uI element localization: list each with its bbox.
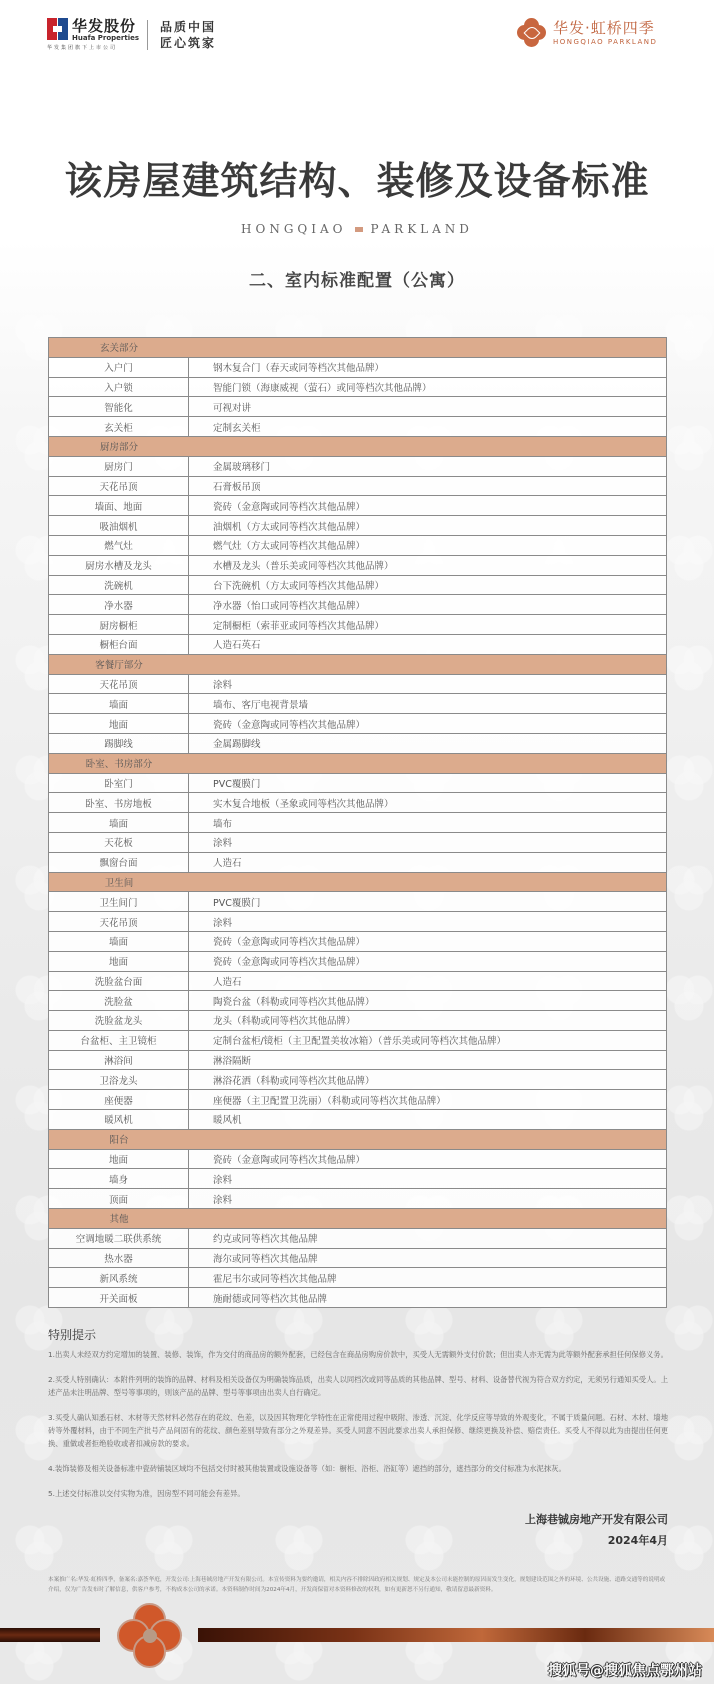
table-row: 橱柜台面人造石英石: [49, 634, 667, 654]
category-label: 卧室、书房部分: [49, 756, 189, 770]
table-row: 入户锁智能门锁（海康威视（萤石）或同等档次其他品牌）: [49, 377, 667, 397]
item-spec-cell: 人造石: [189, 971, 667, 991]
item-name-cell: 暖风机: [49, 1110, 189, 1130]
source-watermark: 搜狐号@搜狐焦点鄂州站: [548, 1660, 702, 1680]
item-name-cell: 天花吊顶: [49, 476, 189, 496]
category-cell: 其他: [49, 1209, 667, 1229]
category-cell: 卫生间: [49, 872, 667, 892]
item-name-cell: 净水器: [49, 595, 189, 615]
table-row: 洗脸盆台面人造石: [49, 971, 667, 991]
special-notes: 特别提示 1.出卖人未经双方约定增加的装置、装修、装饰，作为交付的商品房的额外配…: [48, 1326, 668, 1512]
table-row: 墙面墙布、客厅电视背景墙: [49, 694, 667, 714]
slogan: 品质中国 匠心筑家: [160, 19, 216, 51]
item-spec-cell: 水槽及龙头（普乐美或同等档次其他品牌）: [189, 555, 667, 575]
item-spec-cell: 瓷砖（金意陶或同等档次其他品牌）: [189, 1149, 667, 1169]
category-label: 厨房部分: [49, 439, 189, 453]
slogan-line-1: 品质中国: [160, 19, 216, 35]
table-row: 飘窗台面人造石: [49, 852, 667, 872]
item-name-cell: 天花吊顶: [49, 912, 189, 932]
huafa-logo-icon: [47, 18, 68, 40]
table-row: 踢脚线金属踢脚线: [49, 733, 667, 753]
disclaimer: 本案推广名:华发·虹桥四季，备案名:嘉荟华庭，开发公司:上海巷铖房地产开发有限公…: [48, 1575, 668, 1595]
item-spec-cell: 涂料: [189, 1189, 667, 1209]
item-name-cell: 墙身: [49, 1169, 189, 1189]
item-spec-cell: 涂料: [189, 832, 667, 852]
item-name-cell: 卧室、书房地板: [49, 793, 189, 813]
spec-table: 玄关部分入户门钢木复合门（春天或同等档次其他品牌）入户锁智能门锁（海康威视（萤石…: [48, 337, 667, 1308]
category-cell: 客餐厅部分: [49, 654, 667, 674]
item-spec-cell: 淋浴花洒（科勒或同等档次其他品牌）: [189, 1070, 667, 1090]
item-name-cell: 厨房门: [49, 456, 189, 476]
table-row: 暖风机暖风机: [49, 1110, 667, 1130]
table-row: 卫生间门PVC覆膜门: [49, 892, 667, 912]
note-item: 5.上述交付标准以交付实物为准，因房型不同可能会有差异。: [48, 1487, 668, 1500]
table-row: 墙面墙布: [49, 813, 667, 833]
table-row: 智能化可视对讲: [49, 397, 667, 417]
item-name-cell: 天花吊顶: [49, 674, 189, 694]
category-label: 玄关部分: [49, 340, 189, 354]
table-row: 台盆柜、主卫镜柜定制台盆柜/镜柜（主卫配置美妆冰箱）（普乐美或同等档次其他品牌）: [49, 1030, 667, 1050]
category-row: 卫生间: [49, 872, 667, 892]
item-spec-cell: 燃气灶（方太或同等档次其他品牌）: [189, 535, 667, 555]
item-name-cell: 洗脸盆台面: [49, 971, 189, 991]
header: 华发股份 Huafa Properties 华发集团旗下上市公司 品质中国 匠心…: [0, 0, 714, 70]
issue-date: 2024年4月: [608, 1532, 668, 1548]
item-spec-cell: 智能门锁（海康威视（萤石）或同等档次其他品牌）: [189, 377, 667, 397]
item-spec-cell: 暖风机: [189, 1110, 667, 1130]
item-name-cell: 热水器: [49, 1248, 189, 1268]
table-row: 吸油烟机油烟机（方太或同等档次其他品牌）: [49, 516, 667, 536]
table-row: 天花板涂料: [49, 832, 667, 852]
category-cell: 卧室、书房部分: [49, 753, 667, 773]
item-spec-cell: 陶瓷台盆（科勒或同等档次其他品牌）: [189, 991, 667, 1011]
item-spec-cell: 可视对讲: [189, 397, 667, 417]
item-name-cell: 墙面、地面: [49, 496, 189, 516]
item-name-cell: 燃气灶: [49, 535, 189, 555]
item-name-cell: 新风系统: [49, 1268, 189, 1288]
item-spec-cell: 瓷砖（金意陶或同等档次其他品牌）: [189, 931, 667, 951]
section-title: 二、室内标准配置（公寓）: [0, 266, 714, 291]
item-name-cell: 空调地暖二联供系统: [49, 1228, 189, 1248]
category-label: 其他: [49, 1211, 189, 1225]
table-row: 开关面板施耐德或同等档次其他品牌: [49, 1288, 667, 1308]
item-name-cell: 玄关柜: [49, 417, 189, 437]
item-name-cell: 洗碗机: [49, 575, 189, 595]
item-spec-cell: 涂料: [189, 674, 667, 694]
item-name-cell: 飘窗台面: [49, 852, 189, 872]
item-spec-cell: 瓷砖（金意陶或同等档次其他品牌）: [189, 951, 667, 971]
item-spec-cell: 金属玻璃移门: [189, 456, 667, 476]
table-row: 地面瓷砖（金意陶或同等档次其他品牌）: [49, 951, 667, 971]
item-name-cell: 洗脸盆龙头: [49, 1011, 189, 1031]
table-row: 地面瓷砖（金意陶或同等档次其他品牌）: [49, 1149, 667, 1169]
category-row: 其他: [49, 1209, 667, 1229]
table-row: 地面瓷砖（金意陶或同等档次其他品牌）: [49, 714, 667, 734]
item-name-cell: 地面: [49, 714, 189, 734]
item-name-cell: 座便器: [49, 1090, 189, 1110]
table-row: 卧室、书房地板实木复合地板（圣象或同等档次其他品牌）: [49, 793, 667, 813]
note-item: 2.买受人特别确认：本附件列明的装饰的品牌、材料及相关设备仅为明确装饰品质，出卖…: [48, 1373, 668, 1399]
note-item: 4.装饰装修及相关设备标准中瓷砖铺装区域均不包括交付时被其他装置或设施设备等（如…: [48, 1462, 668, 1475]
note-item: 1.出卖人未经双方约定增加的装置、装修、装饰，作为交付的商品房的额外配套，已经包…: [48, 1348, 668, 1361]
table-row: 燃气灶燃气灶（方太或同等档次其他品牌）: [49, 535, 667, 555]
item-name-cell: 地面: [49, 1149, 189, 1169]
clover-emblem-icon: [117, 1603, 183, 1669]
table-row: 墙身涂料: [49, 1169, 667, 1189]
item-name-cell: 吸油烟机: [49, 516, 189, 536]
table-row: 玄关柜定制玄关柜: [49, 417, 667, 437]
item-name-cell: 淋浴间: [49, 1050, 189, 1070]
project-logo-cn: 华发·虹桥四季: [553, 19, 657, 37]
item-spec-cell: PVC覆膜门: [189, 773, 667, 793]
table-row: 厨房橱柜定制橱柜（索菲亚或同等档次其他品牌）: [49, 615, 667, 635]
table-row: 天花吊顶涂料: [49, 912, 667, 932]
slogan-line-2: 匠心筑家: [160, 35, 216, 51]
table-row: 淋浴间淋浴隔断: [49, 1050, 667, 1070]
item-name-cell: 卧室门: [49, 773, 189, 793]
item-spec-cell: 油烟机（方太或同等档次其他品牌）: [189, 516, 667, 536]
item-spec-cell: 墙布: [189, 813, 667, 833]
item-spec-cell: 石膏板吊顶: [189, 476, 667, 496]
page-title: 该房屋建筑结构、装修及设备标准: [0, 150, 714, 205]
company-name: 上海巷铖房地产开发有限公司: [525, 1511, 668, 1527]
table-row: 洗碗机台下洗碗机（方太或同等档次其他品牌）: [49, 575, 667, 595]
project-logo-en: HONGQIAO PARKLAND: [553, 37, 657, 47]
item-spec-cell: 座便器（主卫配置卫洗丽）（科勒或同等档次其他品牌）: [189, 1090, 667, 1110]
item-spec-cell: 龙头（科勒或同等档次其他品牌）: [189, 1011, 667, 1031]
item-spec-cell: 霍尼韦尔或同等档次其他品牌: [189, 1268, 667, 1288]
item-spec-cell: 钢木复合门（春天或同等档次其他品牌）: [189, 357, 667, 377]
table-row: 顶面涂料: [49, 1189, 667, 1209]
brand-subtitle-right: PARKLAND: [371, 222, 473, 236]
huafa-logo-subtitle: 华发集团旗下上市公司: [47, 44, 117, 51]
table-row: 洗脸盆龙头龙头（科勒或同等档次其他品牌）: [49, 1011, 667, 1031]
brand-subtitle-left: HONGQIAO: [241, 222, 346, 236]
item-spec-cell: 人造石: [189, 852, 667, 872]
category-row: 厨房部分: [49, 436, 667, 456]
item-spec-cell: 海尔或同等档次其他品牌: [189, 1248, 667, 1268]
huafa-logo-cn: 华发股份: [72, 18, 139, 34]
item-name-cell: 入户锁: [49, 377, 189, 397]
decorative-bar-left: [0, 1628, 100, 1642]
category-row: 卧室、书房部分: [49, 753, 667, 773]
item-spec-cell: 台下洗碗机（方太或同等档次其他品牌）: [189, 575, 667, 595]
table-row: 天花吊顶石膏板吊顶: [49, 476, 667, 496]
table-row: 卧室门PVC覆膜门: [49, 773, 667, 793]
table-row: 天花吊顶涂料: [49, 674, 667, 694]
item-spec-cell: 瓷砖（金意陶或同等档次其他品牌）: [189, 714, 667, 734]
table-row: 洗脸盆陶瓷台盆（科勒或同等档次其他品牌）: [49, 991, 667, 1011]
item-spec-cell: 施耐德或同等档次其他品牌: [189, 1288, 667, 1308]
decorative-bar-right: [198, 1628, 714, 1642]
item-spec-cell: PVC覆膜门: [189, 892, 667, 912]
table-row: 墙面瓷砖（金意陶或同等档次其他品牌）: [49, 931, 667, 951]
item-spec-cell: 涂料: [189, 1169, 667, 1189]
item-name-cell: 踢脚线: [49, 733, 189, 753]
table-row: 卫浴龙头淋浴花洒（科勒或同等档次其他品牌）: [49, 1070, 667, 1090]
note-item: 3.买受人确认知悉石材、木材等天然材料必然存在的花纹、色差，以及因其物理化学特性…: [48, 1411, 668, 1450]
brand-subtitle: HONGQIAOPARKLAND: [0, 222, 714, 236]
item-spec-cell: 约克或同等档次其他品牌: [189, 1228, 667, 1248]
item-name-cell: 厨房橱柜: [49, 615, 189, 635]
item-spec-cell: 金属踢脚线: [189, 733, 667, 753]
item-name-cell: 入户门: [49, 357, 189, 377]
huafa-logo: 华发股份 Huafa Properties: [47, 18, 139, 42]
category-row: 阳台: [49, 1129, 667, 1149]
item-spec-cell: 瓷砖（金意陶或同等档次其他品牌）: [189, 496, 667, 516]
table-row: 入户门钢木复合门（春天或同等档次其他品牌）: [49, 357, 667, 377]
project-logo: 华发·虹桥四季 HONGQIAO PARKLAND: [517, 18, 657, 48]
table-row: 厨房门金属玻璃移门: [49, 456, 667, 476]
category-row: 客餐厅部分: [49, 654, 667, 674]
item-spec-cell: 涂料: [189, 912, 667, 932]
table-row: 新风系统霍尼韦尔或同等档次其他品牌: [49, 1268, 667, 1288]
category-cell: 阳台: [49, 1129, 667, 1149]
item-spec-cell: 净水器（怡口或同等档次其他品牌）: [189, 595, 667, 615]
item-spec-cell: 淋浴隔断: [189, 1050, 667, 1070]
table-row: 热水器海尔或同等档次其他品牌: [49, 1248, 667, 1268]
item-name-cell: 智能化: [49, 397, 189, 417]
clover-logo-icon: [517, 18, 547, 48]
header-divider: [147, 20, 148, 50]
item-name-cell: 顶面: [49, 1189, 189, 1209]
item-spec-cell: 墙布、客厅电视背景墙: [189, 694, 667, 714]
huafa-logo-en: Huafa Properties: [72, 34, 139, 42]
item-spec-cell: 定制台盆柜/镜柜（主卫配置美妆冰箱）（普乐美或同等档次其他品牌）: [189, 1030, 667, 1050]
item-name-cell: 卫生间门: [49, 892, 189, 912]
notes-title: 特别提示: [48, 1326, 668, 1343]
category-cell: 厨房部分: [49, 436, 667, 456]
item-name-cell: 台盆柜、主卫镜柜: [49, 1030, 189, 1050]
table-row: 净水器净水器（怡口或同等档次其他品牌）: [49, 595, 667, 615]
brand-separator-icon: [355, 227, 363, 232]
table-row: 空调地暖二联供系统约克或同等档次其他品牌: [49, 1228, 667, 1248]
table-row: 墙面、地面瓷砖（金意陶或同等档次其他品牌）: [49, 496, 667, 516]
item-spec-cell: 定制橱柜（索菲亚或同等档次其他品牌）: [189, 615, 667, 635]
category-row: 玄关部分: [49, 338, 667, 358]
item-name-cell: 厨房水槽及龙头: [49, 555, 189, 575]
item-name-cell: 墙面: [49, 931, 189, 951]
item-spec-cell: 实木复合地板（圣象或同等档次其他品牌）: [189, 793, 667, 813]
table-row: 厨房水槽及龙头水槽及龙头（普乐美或同等档次其他品牌）: [49, 555, 667, 575]
item-spec-cell: 定制玄关柜: [189, 417, 667, 437]
item-name-cell: 开关面板: [49, 1288, 189, 1308]
item-name-cell: 地面: [49, 951, 189, 971]
table-row: 座便器座便器（主卫配置卫洗丽）（科勒或同等档次其他品牌）: [49, 1090, 667, 1110]
item-name-cell: 橱柜台面: [49, 634, 189, 654]
category-label: 卫生间: [49, 875, 189, 889]
category-cell: 玄关部分: [49, 338, 667, 358]
item-name-cell: 墙面: [49, 694, 189, 714]
category-label: 阳台: [49, 1132, 189, 1146]
item-name-cell: 天花板: [49, 832, 189, 852]
item-name-cell: 墙面: [49, 813, 189, 833]
item-name-cell: 卫浴龙头: [49, 1070, 189, 1090]
category-label: 客餐厅部分: [49, 657, 189, 671]
item-spec-cell: 人造石英石: [189, 634, 667, 654]
item-name-cell: 洗脸盆: [49, 991, 189, 1011]
